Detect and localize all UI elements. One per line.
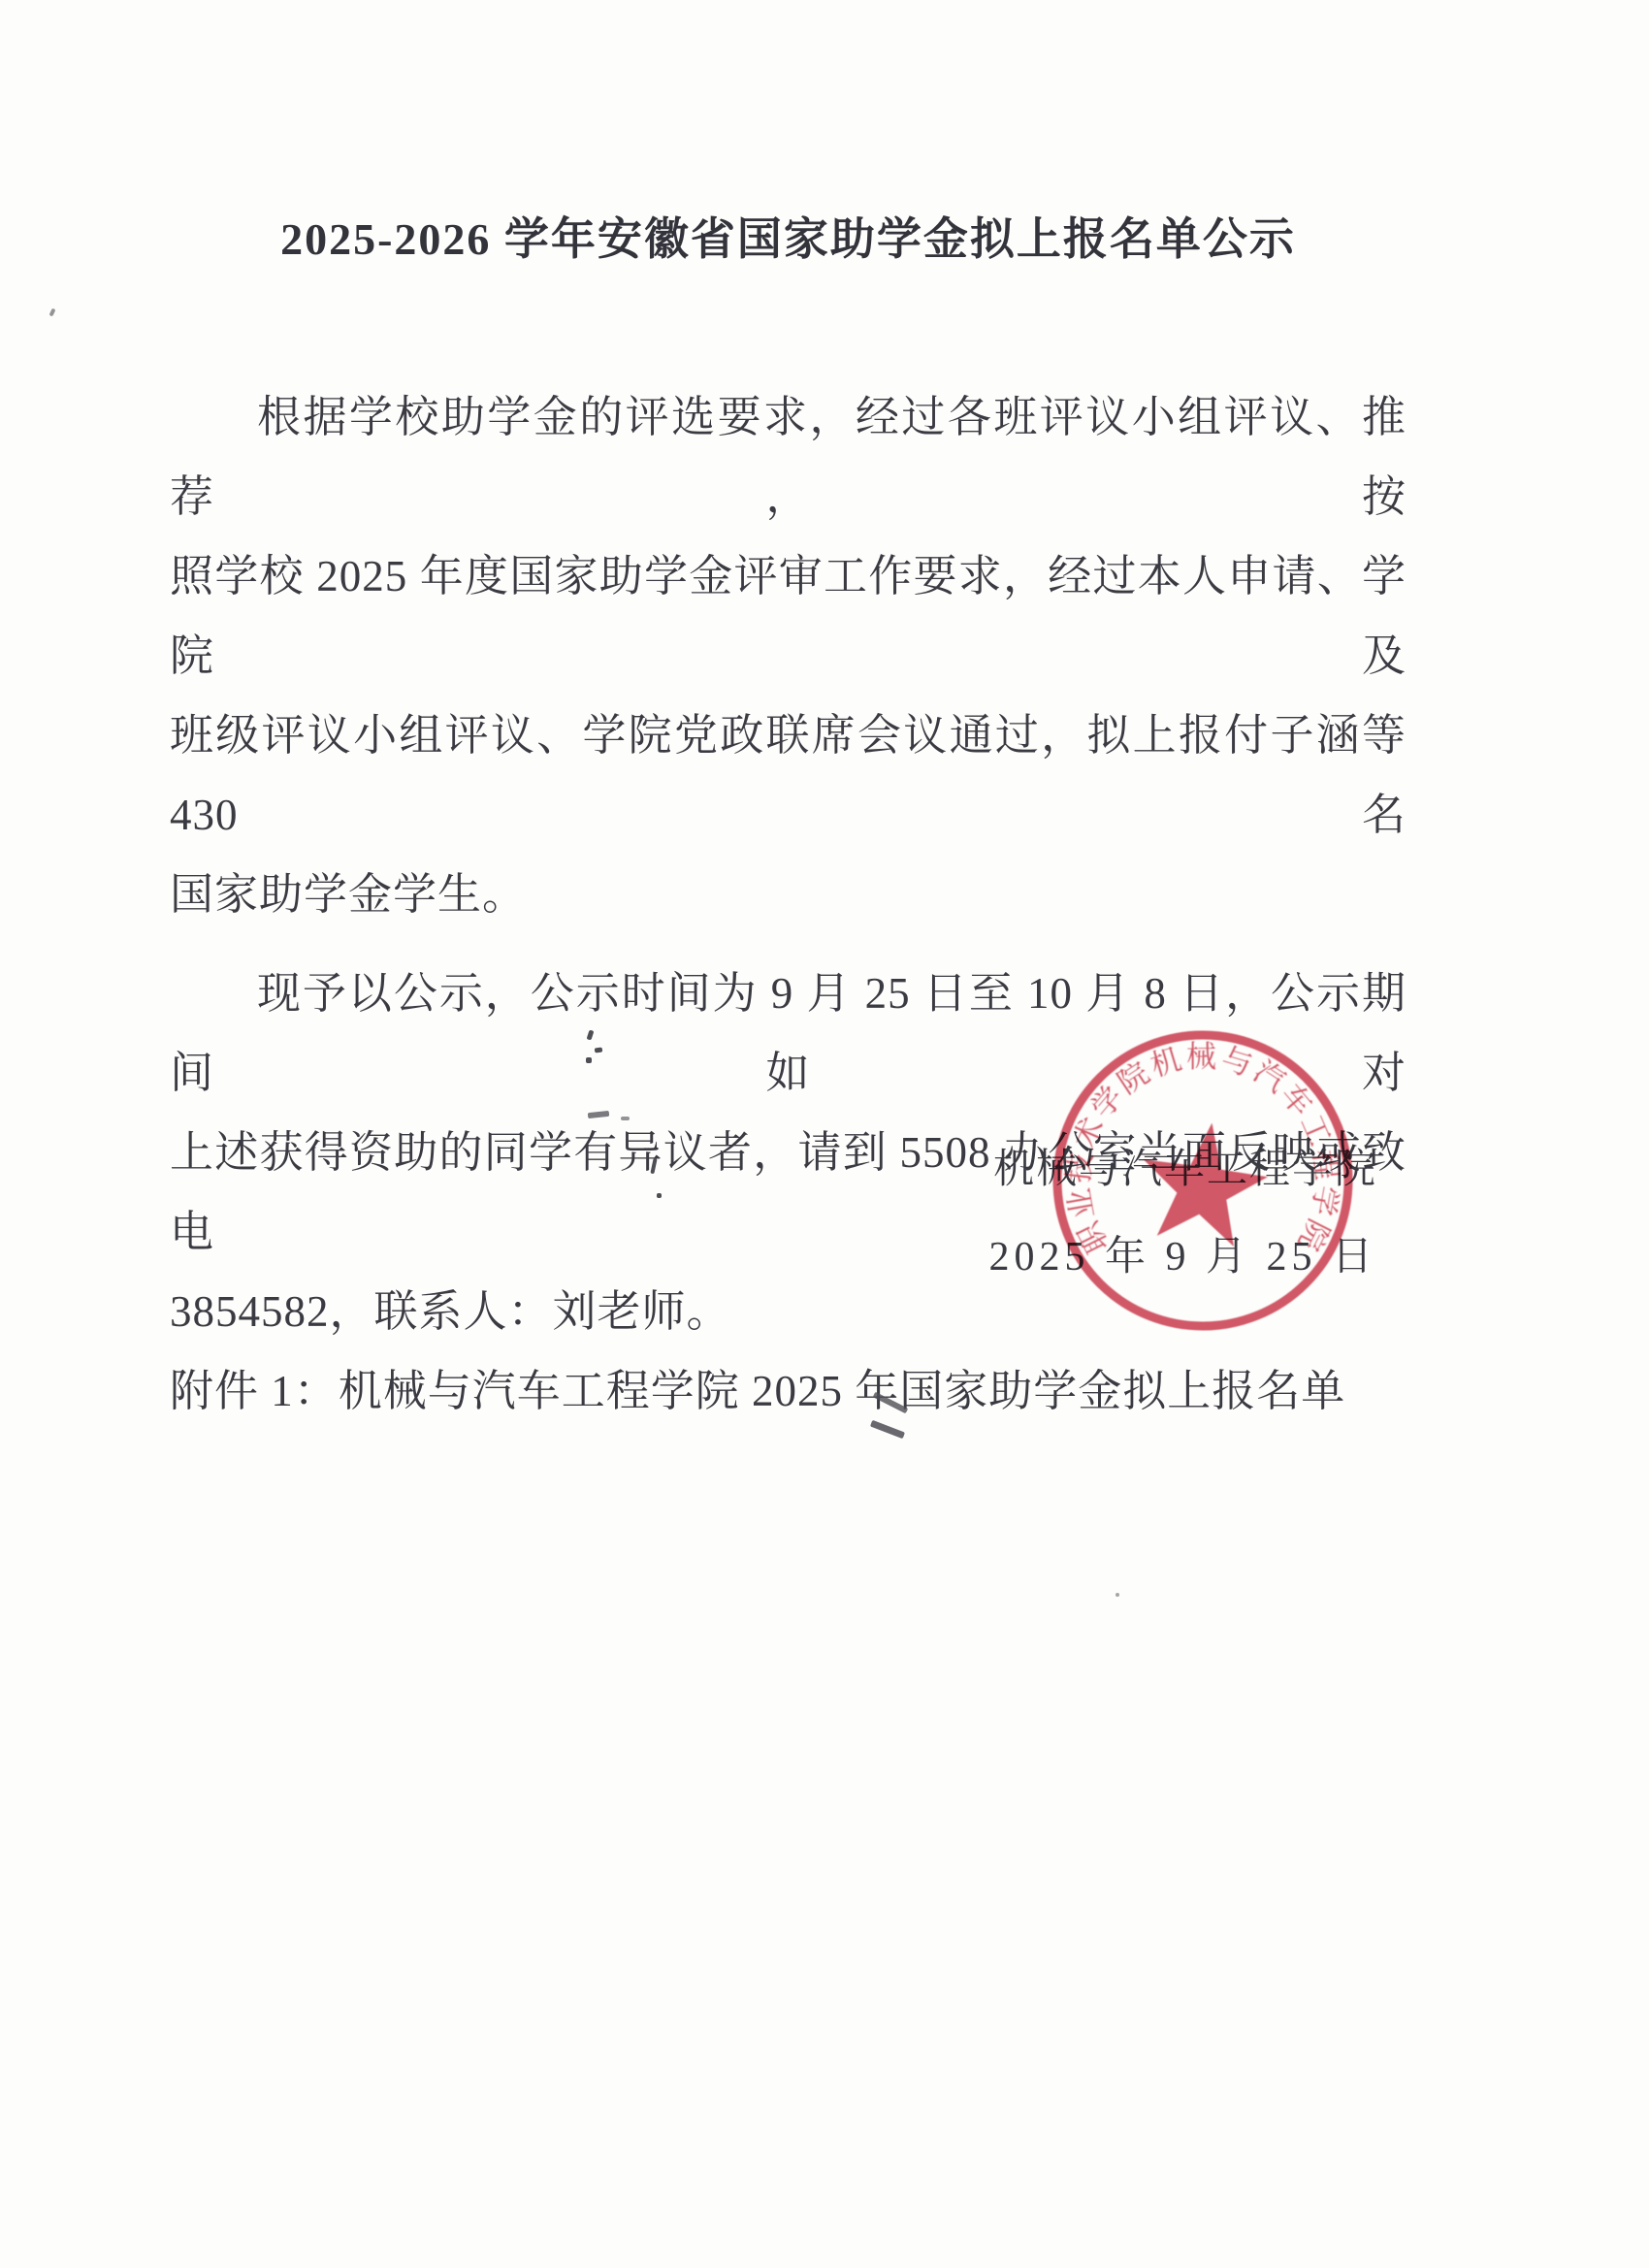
scan-mark — [586, 1057, 592, 1063]
body-line: 根据学校助学金的评选要求，经过各班评议小组评议、推荐，按 — [170, 377, 1406, 536]
scan-mark — [1115, 1593, 1119, 1597]
body-line: 国家助学金学生。 — [170, 855, 1406, 934]
stamp-star-icon — [1133, 1115, 1274, 1250]
scan-mark — [48, 308, 55, 317]
official-seal-stamp: 职业技术学院机械与汽车工程学院 — [1038, 1016, 1368, 1345]
attachment-line: 附件 1：机械与汽车工程学院 2025 年国家助学金拟上报名单 — [170, 1351, 1406, 1431]
document-page: 2025-2026 学年安徽省国家助学金拟上报名单公示 根据学校助学金的评选要求… — [0, 0, 1649, 2268]
body-line: 班级评议小组评议、学院党政联席会议通过，拟上报付子涵等 430 名 — [170, 696, 1406, 855]
document-title: 2025-2026 学年安徽省国家助学金拟上报名单公示 — [170, 204, 1406, 268]
body-line: 照学校 2025 年度国家助学金评审工作要求，经过本人申请、学院及 — [170, 536, 1406, 696]
scan-mark — [621, 1117, 630, 1120]
